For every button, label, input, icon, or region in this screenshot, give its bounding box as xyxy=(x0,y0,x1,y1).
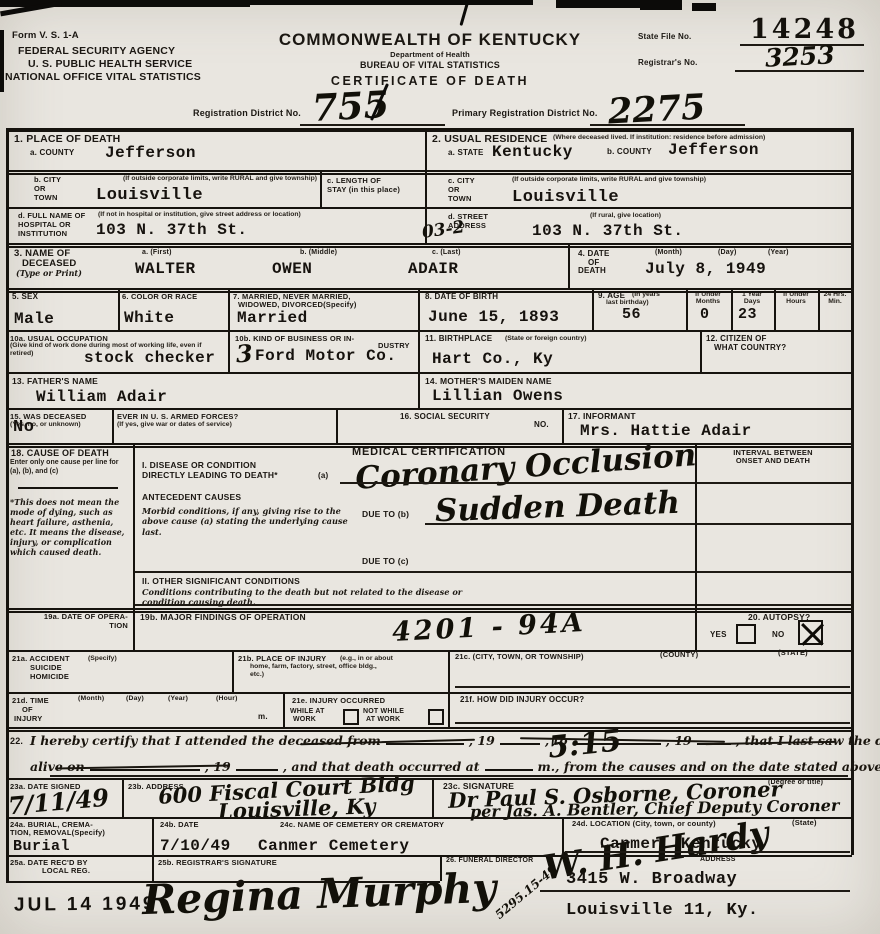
middle-name-label: b. (Middle) xyxy=(300,249,337,257)
ssn-label-2: NO. xyxy=(534,420,549,430)
cause-footnote: *This does not mean the mode of dying, s… xyxy=(10,497,128,557)
autopsy-no-checkbox-checked xyxy=(798,620,823,645)
residence-city-label: c. CITY OR TOWN xyxy=(448,176,475,203)
registrar-no-label: Registrar's No. xyxy=(638,58,698,68)
burial-date-label: 24b. DATE xyxy=(160,820,199,829)
street-address-note: (If rural, give location) xyxy=(590,212,750,220)
citizen-label-2: WHAT COUNTRY? xyxy=(714,343,786,353)
rule-line xyxy=(700,330,702,372)
rule-line xyxy=(418,288,420,330)
scan-artifact xyxy=(0,30,4,92)
informant-value: Mrs. Hattie Adair xyxy=(580,422,752,440)
due-to-b-label: DUE TO (b) xyxy=(362,509,409,519)
armed-forces-label-2: EVER IN U. S. ARMED FORCES? xyxy=(117,412,238,421)
disease-label-2: DIRECTLY LEADING TO DEATH* xyxy=(142,470,278,480)
middle-name-value: OWEN xyxy=(272,260,312,278)
rule-line xyxy=(6,128,9,881)
last-name-label: c. (Last) xyxy=(432,249,461,257)
rule-line xyxy=(283,692,285,727)
burial-value: Burial xyxy=(13,838,70,855)
rule-line xyxy=(731,288,733,330)
time-of-injury-label-1: 21d. TIME xyxy=(12,696,49,705)
rule-line xyxy=(6,243,852,248)
rule-line xyxy=(540,890,850,892)
agency-line: NATIONAL OFFICE VITAL STATISTICS xyxy=(5,71,201,84)
place-of-injury-label: 21b. PLACE OF INJURY xyxy=(238,654,326,663)
residence-street-value: 103 N. 37th St. xyxy=(532,222,684,240)
rule-line xyxy=(300,124,445,126)
antecedent-title: ANTECEDENT CAUSES xyxy=(142,492,241,502)
father-value: William Adair xyxy=(36,388,167,406)
rule-line xyxy=(418,330,420,372)
rule-line xyxy=(590,124,745,126)
date-received-label-2: LOCAL REG. xyxy=(42,866,90,875)
rule-line xyxy=(562,408,564,443)
residence-city-value: Louisville xyxy=(512,188,619,207)
place-of-injury-note-3: etc.) xyxy=(250,671,310,679)
cemetery-value: Canmer Cemetery xyxy=(258,837,410,855)
armed-forces-value: No xyxy=(13,418,34,437)
funeral-address-line-2: Louisville 11, Ky. xyxy=(566,901,759,920)
suicide-label: SUICIDE xyxy=(30,663,62,672)
rule-line xyxy=(455,722,850,724)
first-name-value: WALTER xyxy=(135,260,196,278)
rule-line xyxy=(6,650,852,652)
death-certificate-scan: Form V. S. 1-A FEDERAL SECURITY AGENCY U… xyxy=(0,0,880,934)
cause-of-death-note: Enter only one cause per line for (a), (… xyxy=(10,459,128,477)
business-value: Ford Motor Co. xyxy=(255,347,396,365)
rule-line xyxy=(118,288,120,330)
city-town-note: (If outside corporate limits, write RURA… xyxy=(95,175,317,183)
rule-line xyxy=(6,330,852,332)
autopsy-yes-label: YES xyxy=(710,630,727,640)
race-value: White xyxy=(124,309,175,327)
injury-year-header: (Year) xyxy=(168,695,188,703)
certify-number: 22. xyxy=(10,736,23,747)
rule-line xyxy=(6,288,852,293)
dept-line: Department of Health xyxy=(245,50,615,59)
place-county-value: Jefferson xyxy=(105,144,196,162)
rule-line xyxy=(18,487,118,489)
rule-line xyxy=(6,408,852,410)
disease-label-1: I. DISEASE OR CONDITION xyxy=(142,460,256,470)
mother-value: Lillian Owens xyxy=(432,387,563,405)
rule-line xyxy=(592,288,594,330)
marital-value: Married xyxy=(237,309,308,327)
rule-line xyxy=(695,608,697,650)
rule-line xyxy=(6,170,852,175)
residence-city-note: (If outside corporate limits, write RURA… xyxy=(512,176,812,184)
rule-line xyxy=(228,330,230,372)
rule-line xyxy=(686,288,688,330)
rule-line xyxy=(774,288,776,330)
burial-label-2: TION, REMOVAL(Specify) xyxy=(10,828,105,837)
rule-line xyxy=(6,207,852,209)
dob-label: 8. DATE OF BIRTH xyxy=(425,292,498,302)
rule-line xyxy=(568,243,570,288)
registrar-number: 3253 xyxy=(764,42,835,71)
injury-city-label: 21c. (CITY, TOWN, OR TOWNSHIP) xyxy=(455,652,584,661)
year-header: (Year) xyxy=(768,249,789,257)
homicide-label: HOMICIDE xyxy=(30,672,69,681)
funeral-address-line-1: 3415 W. Broadway xyxy=(566,870,737,889)
rule-line xyxy=(122,778,124,817)
cemetery-label: 24c. NAME OF CEMETERY OR CREMATORY xyxy=(280,820,444,829)
antecedent-note: Morbid conditions, if any, giving rise t… xyxy=(142,506,350,537)
hours-header-2: Hours xyxy=(775,298,817,306)
day-header: (Day) xyxy=(718,249,737,257)
hospital-label: d. FULL NAME OF HOSPITAL OR INSTITUTION xyxy=(18,211,85,238)
race-label: 6. COLOR OR RACE xyxy=(122,292,197,301)
operation-date-label: 19a. DATE OF OPERA- xyxy=(10,612,128,621)
rule-line xyxy=(6,778,852,780)
certificate-title: COMMONWEALTH OF KENTUCKY xyxy=(245,30,615,50)
accident-label: 21a. ACCIDENT xyxy=(12,654,70,663)
certify-text-1: I hereby certify that I attended the dec… xyxy=(30,733,381,748)
birthplace-value: Hart Co., Ky xyxy=(432,350,553,368)
funeral-address-label: ADDRESS xyxy=(700,856,736,864)
not-while-at-work-checkbox xyxy=(428,709,444,725)
certify-blank xyxy=(236,758,278,771)
interval-label-2: ONSET AND DEATH xyxy=(698,456,848,465)
form-number: Form V. S. 1-A xyxy=(12,30,79,41)
dob-value: June 15, 1893 xyxy=(428,308,559,326)
rule-line xyxy=(455,686,850,688)
rule-line xyxy=(133,608,135,650)
hospital-note: (If not in hospital or institution, give… xyxy=(98,211,410,219)
due-to-c-label: DUE TO (c) xyxy=(362,556,409,566)
burial-date-value: 7/10/49 xyxy=(160,837,231,855)
injury-day-header: (Day) xyxy=(126,695,144,703)
primary-district-label: Primary Registration District No. xyxy=(452,108,598,119)
months-value: 0 xyxy=(700,306,710,323)
state-file-number: 14248 xyxy=(750,14,859,45)
accident-note: (Specify) xyxy=(88,655,148,663)
how-injury-label: 21f. HOW DID INJURY OCCUR? xyxy=(460,695,584,705)
registration-district-label: Registration District No. xyxy=(193,108,301,119)
rule-line xyxy=(851,128,854,855)
injury-meridiem: m. xyxy=(258,712,268,722)
length-of-stay-label: c. LENGTH OF STAY (in this place) xyxy=(327,176,400,194)
rule-line xyxy=(6,372,852,374)
time-of-injury-label-3: INJURY xyxy=(14,714,42,723)
date-signed-value: 7/11/49 xyxy=(7,786,110,819)
rule-line xyxy=(425,523,852,525)
cause-b-value: Sudden Death xyxy=(435,488,681,528)
rule-line xyxy=(448,650,450,692)
cause-of-death-label: 18. CAUSE OF DEATH xyxy=(11,448,109,459)
registrar-signature: Regina Murphy xyxy=(141,868,496,921)
date-received-stamp: JUL 14 1949 xyxy=(14,893,157,916)
not-while-at-work-label-2: AT WORK xyxy=(366,716,400,724)
rule-line xyxy=(232,650,234,692)
certify-blank xyxy=(485,758,533,771)
last-name-value: ADAIR xyxy=(408,260,459,278)
state-label: a. STATE xyxy=(448,148,484,158)
mother-label: 14. MOTHER'S MAIDEN NAME xyxy=(425,376,552,386)
ssn-label-1: 16. SOCIAL SECURITY xyxy=(400,412,490,422)
findings-label: 19b. MAJOR FINDINGS OF OPERATION xyxy=(140,612,306,622)
residence-county-value: Jefferson xyxy=(668,141,759,159)
residence-county-label: b. COUNTY xyxy=(607,147,652,157)
autopsy-no-label: NO xyxy=(772,630,784,640)
rule-line xyxy=(6,817,852,819)
rule-line xyxy=(6,727,852,732)
min-header-2: Min. xyxy=(819,298,851,306)
while-at-work-label-2: WORK xyxy=(293,716,316,724)
findings-value: 4201 - 94A xyxy=(391,609,586,646)
marital-label-2: WIDOWED, DIVORCED(Specify) xyxy=(238,300,357,309)
while-at-work-checkbox xyxy=(343,709,359,725)
rule-line xyxy=(50,775,848,777)
rule-line xyxy=(440,855,442,881)
residence-state-value: Kentucky xyxy=(492,143,573,161)
pen-digit: 3 xyxy=(235,342,253,367)
rule-line xyxy=(432,778,434,817)
place-city-value: Louisville xyxy=(96,186,203,205)
rule-line xyxy=(135,571,852,573)
rule-line xyxy=(135,604,852,606)
certificate-subtitle: CERTIFICATE OF DEATH xyxy=(245,74,615,89)
autopsy-yes-checkbox xyxy=(736,624,756,644)
rule-line xyxy=(6,855,852,857)
birthplace-note: (State or foreign country) xyxy=(505,335,665,343)
other-conditions-title: II. OTHER SIGNIFICANT CONDITIONS xyxy=(142,576,300,586)
agency-line: U. S. PUBLIC HEALTH SERVICE xyxy=(28,58,192,71)
days-value: 23 xyxy=(738,306,757,323)
rule-line xyxy=(695,443,697,608)
scan-artifact xyxy=(248,0,533,5)
rule-line xyxy=(6,128,852,132)
sex-label: 5. SEX xyxy=(12,292,38,302)
informant-label: 17. INFORMANT xyxy=(568,411,636,421)
rule-line xyxy=(152,817,154,855)
rule-line xyxy=(565,851,850,853)
sex-value: Male xyxy=(14,310,54,328)
rule-line xyxy=(562,817,564,855)
name-label-3: (Type or Print) xyxy=(16,268,82,278)
armed-forces-note-2: (If yes, give war or dates of service) xyxy=(117,421,327,429)
cemetery-location-state-label: (State) xyxy=(792,818,817,827)
county-label: a. COUNTY xyxy=(30,148,74,158)
rule-line xyxy=(133,443,135,608)
occupation-value: stock checker xyxy=(84,349,215,367)
time-of-injury-label-2: OF xyxy=(22,705,33,714)
place-address-value: 103 N. 37th St. xyxy=(96,221,248,239)
agency-line: FEDERAL SECURITY AGENCY xyxy=(18,45,175,58)
rule-line xyxy=(6,692,852,694)
injury-month-header: (Month) xyxy=(78,695,104,703)
city-town-label: b. CITY OR TOWN xyxy=(34,175,61,202)
rule-line xyxy=(112,408,114,443)
injury-occurred-label: 21e. INJURY OCCURRED xyxy=(292,696,385,705)
date-of-death-value: July 8, 1949 xyxy=(645,260,766,278)
father-label: 13. FATHER'S NAME xyxy=(12,376,98,386)
date-of-death-label-3: DEATH xyxy=(578,266,606,276)
rule-line xyxy=(6,881,440,883)
month-header: (Month) xyxy=(655,249,682,257)
scan-artifact xyxy=(640,0,682,10)
rule-line xyxy=(152,855,154,881)
funeral-director-label: 26. FUNERAL DIRECTOR xyxy=(446,857,533,865)
first-name-label: a. (First) xyxy=(142,249,172,257)
rule-line xyxy=(425,128,427,243)
rule-line xyxy=(818,288,820,330)
pen-scribble: 5295.15-49 xyxy=(493,863,559,921)
injury-hour-header: (Hour) xyxy=(216,695,238,703)
age-value: 56 xyxy=(622,306,641,323)
scan-artifact xyxy=(692,3,716,11)
rule-line xyxy=(735,70,864,72)
registrar-signature-label: 25b. REGISTRAR'S SIGNATURE xyxy=(158,858,277,867)
business-label-1: 10b. KIND OF BUSINESS OR IN- xyxy=(235,334,354,343)
rule-line xyxy=(340,482,852,484)
rule-line xyxy=(418,372,420,408)
birthplace-label: 11. BIRTHPLACE xyxy=(425,334,492,344)
margin-annotation: 03-2 xyxy=(421,219,465,242)
cause-a-tag: (a) xyxy=(318,471,328,481)
rule-line xyxy=(448,692,450,727)
operation-date-label-2: TION xyxy=(10,621,128,630)
rule-line xyxy=(336,408,338,443)
bureau-line: BUREAU OF VITAL STATISTICS xyxy=(245,60,615,71)
rule-line xyxy=(320,170,322,207)
state-file-label: State File No. xyxy=(638,32,691,42)
rule-line xyxy=(228,288,230,330)
